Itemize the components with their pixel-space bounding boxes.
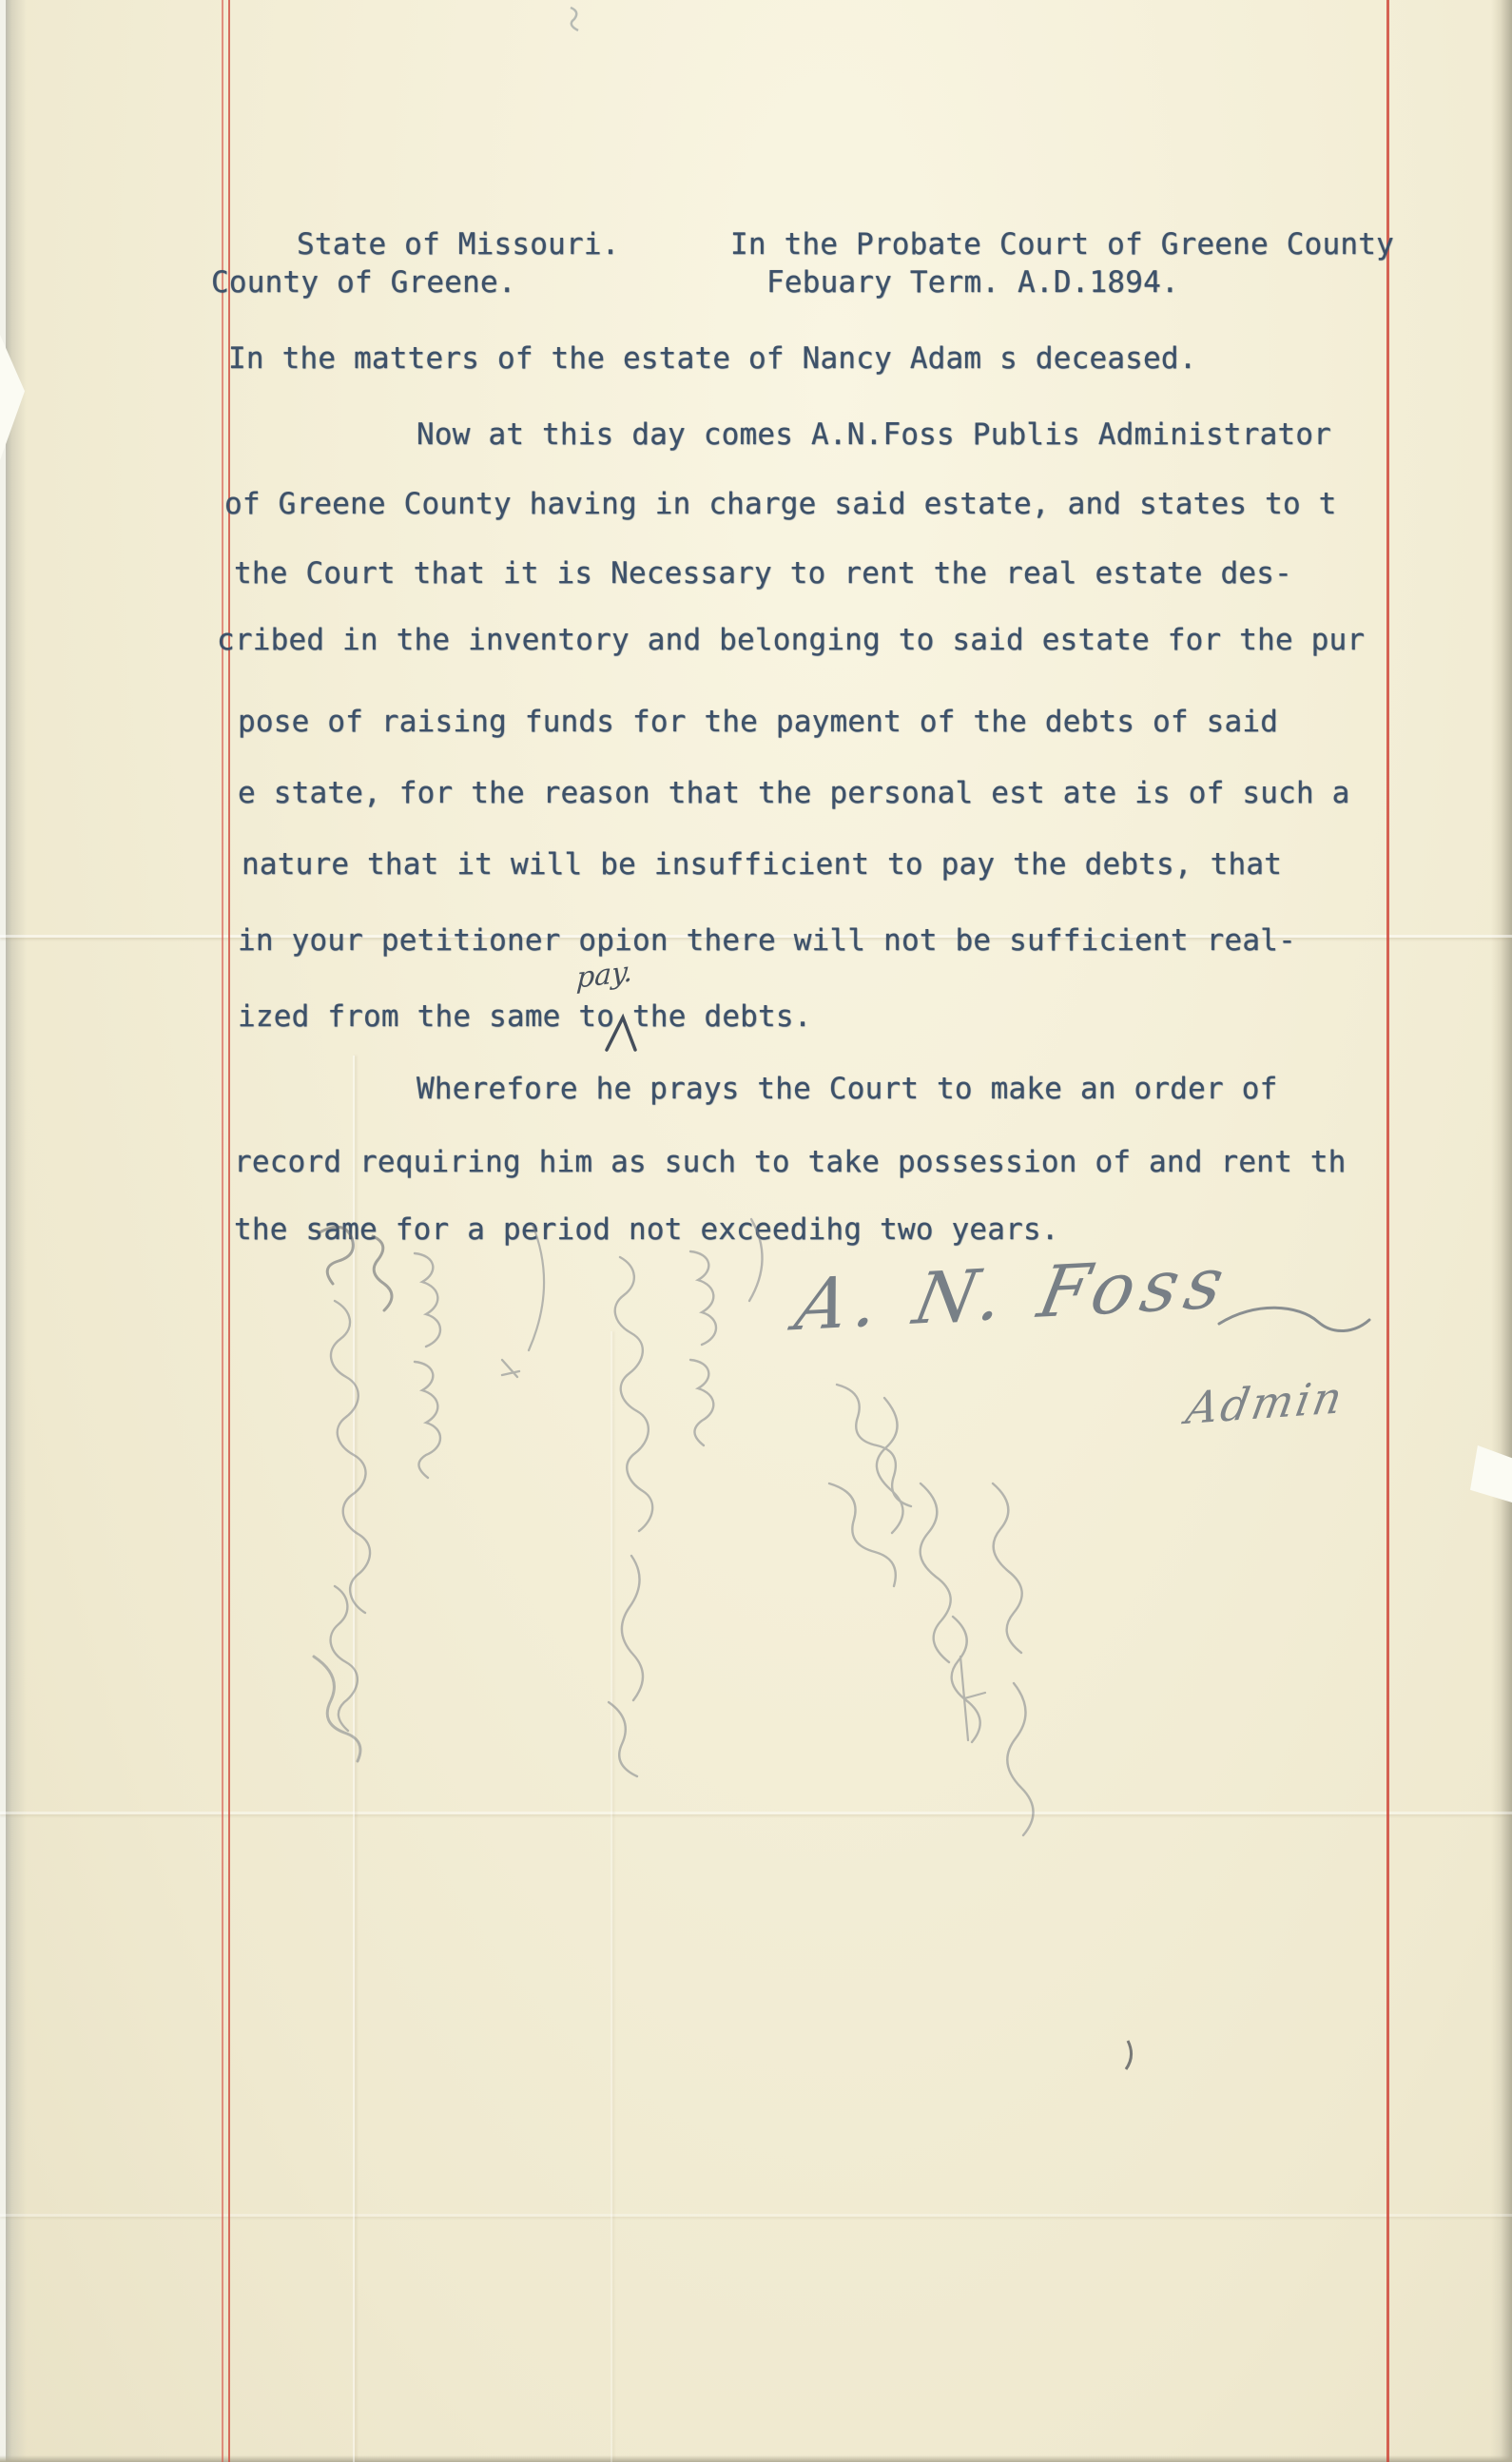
header-state-line: State of Missouri.: [297, 228, 620, 261]
body-line-3: the Court that it is Necessary to rent t…: [234, 557, 1292, 590]
handwritten-insertion-pay: pay.: [575, 955, 633, 996]
signature-name: A. N. Foss: [789, 1242, 1238, 1347]
scanned-document-page: State of Missouri. County of Greene. In …: [0, 0, 1512, 2462]
header-county-line: County of Greene.: [211, 266, 516, 299]
case-caption-line: In the matters of the estate of Nancy Ad…: [228, 342, 1197, 375]
header-court-line: In the Probate Court of Greene County: [730, 228, 1394, 261]
small-pencil-tick: [1126, 2041, 1132, 2069]
scan-edge-bottom: [0, 2455, 1512, 2462]
body-line-10: Wherefore he prays the Court to make an …: [417, 1073, 1277, 1105]
body-line-2: of Greene County having in charge said e…: [224, 488, 1337, 520]
top-edge-smudge: [571, 8, 578, 30]
body-line-6: e state, for the reason that the persona…: [238, 777, 1350, 809]
fold-crease-vertical-1: [353, 1056, 355, 2462]
body-line-1: Now at this day comes A.N.Foss Publis Ad…: [417, 418, 1331, 451]
right-margin-red-line: [1386, 0, 1389, 2462]
body-line-4: cribed in the inventory and belonging to…: [217, 624, 1365, 656]
fold-crease-horizontal-3: [0, 2214, 1512, 2217]
signature-title: Admin: [1182, 1371, 1348, 1434]
body-line-12: the same for a period not exceedihg two …: [234, 1213, 1059, 1246]
body-line-11: record requiring him as such to take pos…: [234, 1146, 1347, 1178]
fold-crease-vertical-2: [611, 1331, 612, 2462]
body-line-9: ized from the same to the debts.: [238, 1000, 812, 1033]
body-line-5: pose of raising funds for the payment of…: [238, 706, 1278, 738]
fold-crease-horizontal-2: [0, 1812, 1512, 1814]
header-term-line: Febuary Term. A.D.1894.: [766, 266, 1179, 299]
left-margin-red-line-outer: [222, 0, 223, 2462]
body-line-8: in your petitioner opion there will not …: [238, 924, 1296, 957]
scan-edge-right: [1491, 0, 1512, 2462]
body-line-7: nature that it will be insufficient to p…: [242, 848, 1282, 881]
